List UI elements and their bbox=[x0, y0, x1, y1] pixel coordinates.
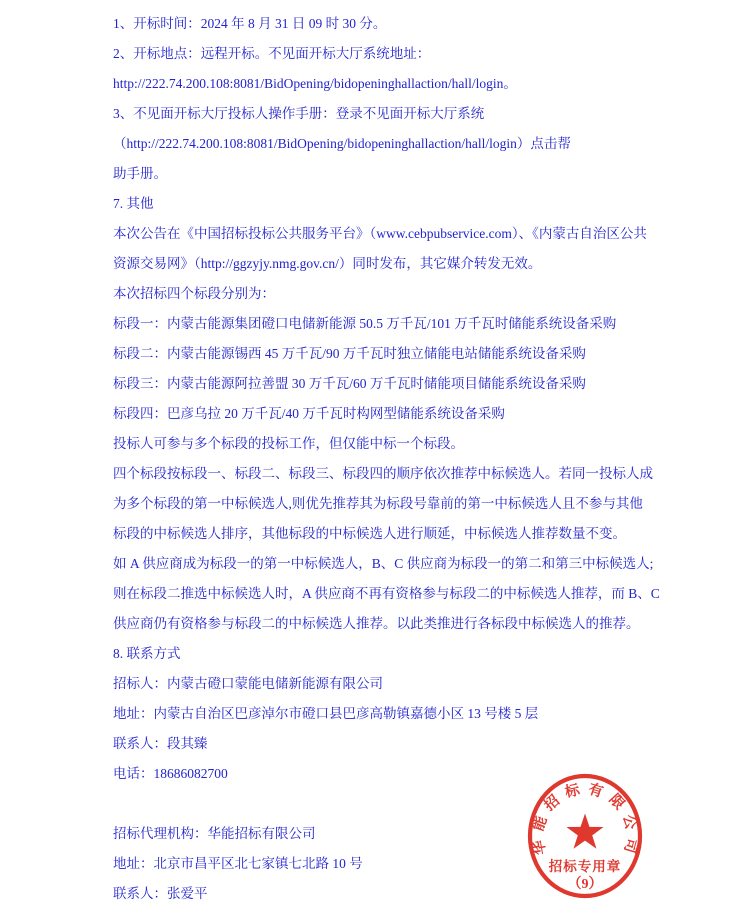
document-line: 标段四：巴彦乌拉 20 万千瓦/40 万千瓦时构网型储能系统设备采购 bbox=[113, 399, 668, 429]
document-line: 2、开标地点：远程开标。不见面开标大厅系统地址： bbox=[113, 39, 668, 69]
document-line: 联系人：段其臻 bbox=[113, 729, 668, 759]
announcement-text: 1、开标时间：2024 年 8 月 31 日 09 时 30 分。2、开标地点：… bbox=[113, 9, 668, 909]
document-line: 标段的中标候选人排序，其他标段的中标候选人进行顺延，中标候选人推荐数量不变。 bbox=[113, 519, 668, 549]
document-line: 招标代理机构：华能招标有限公司 bbox=[113, 819, 668, 849]
document-line: 电话：18686082700 bbox=[113, 759, 668, 789]
document-line: 四个标段按标段一、标段二、标段三、标段四的顺序依次推荐中标候选人。若同一投标人成 bbox=[113, 459, 668, 489]
document-line: http://222.74.200.108:8081/BidOpening/bi… bbox=[113, 69, 668, 99]
document-line: 为多个标段的第一中标候选人,则优先推荐其为标段号靠前的第一中标候选人且不参与其他 bbox=[113, 489, 668, 519]
document-line: 则在标段二推选中标候选人时，A 供应商不再有资格参与标段二的中标候选人推荐，而 … bbox=[113, 579, 668, 609]
document-line: 3、不见面开标大厅投标人操作手册：登录不见面开标大厅系统 bbox=[113, 99, 668, 129]
document-line: 标段三：内蒙古能源阿拉善盟 30 万千瓦/60 万千瓦时储能项目储能系统设备采购 bbox=[113, 369, 668, 399]
document-line: 本次公告在《中国招标投标公共服务平台》（www.cebpubservice.co… bbox=[113, 219, 668, 249]
document-line: 地址：北京市昌平区北七家镇七北路 10 号 bbox=[113, 849, 668, 879]
document-line: 如 A 供应商成为标段一的第一中标候选人，B、C 供应商为标段一的第二和第三中标… bbox=[113, 549, 668, 579]
document-line: 助手册。 bbox=[113, 159, 668, 189]
document-line: 1、开标时间：2024 年 8 月 31 日 09 时 30 分。 bbox=[113, 9, 668, 39]
document-line: 标段一：内蒙古能源集团磴口电储新能源 50.5 万千瓦/101 万千瓦时储能系统… bbox=[113, 309, 668, 339]
document-line: 供应商仍有资格参与标段二的中标候选人推荐。以此类推进行各标段中标候选人的推荐。 bbox=[113, 609, 668, 639]
document-line: 标段二：内蒙古能源锡西 45 万千瓦/90 万千瓦时独立储能电站储能系统设备采购 bbox=[113, 339, 668, 369]
document-line: 投标人可参与多个标段的投标工作，但仅能中标一个标段。 bbox=[113, 429, 668, 459]
document-line: （http://222.74.200.108:8081/BidOpening/b… bbox=[113, 129, 668, 159]
announcement-page: 1、开标时间：2024 年 8 月 31 日 09 时 30 分。2、开标地点：… bbox=[0, 0, 753, 922]
document-line: 7. 其他 bbox=[113, 189, 668, 219]
document-line: 本次招标四个标段分别为： bbox=[113, 279, 668, 309]
document-line: 招标人：内蒙古磴口蒙能电储新能源有限公司 bbox=[113, 669, 668, 699]
document-line: 8. 联系方式 bbox=[113, 639, 668, 669]
document-line: 联系人：张爱平 bbox=[113, 879, 668, 909]
document-line: 资源交易网》（http://ggzyjy.nmg.gov.cn/）同时发布，其它… bbox=[113, 249, 668, 279]
document-line bbox=[113, 789, 668, 819]
document-line: 地址：内蒙古自治区巴彦淖尔市磴口县巴彦高勒镇嘉德小区 13 号楼 5 层 bbox=[113, 699, 668, 729]
